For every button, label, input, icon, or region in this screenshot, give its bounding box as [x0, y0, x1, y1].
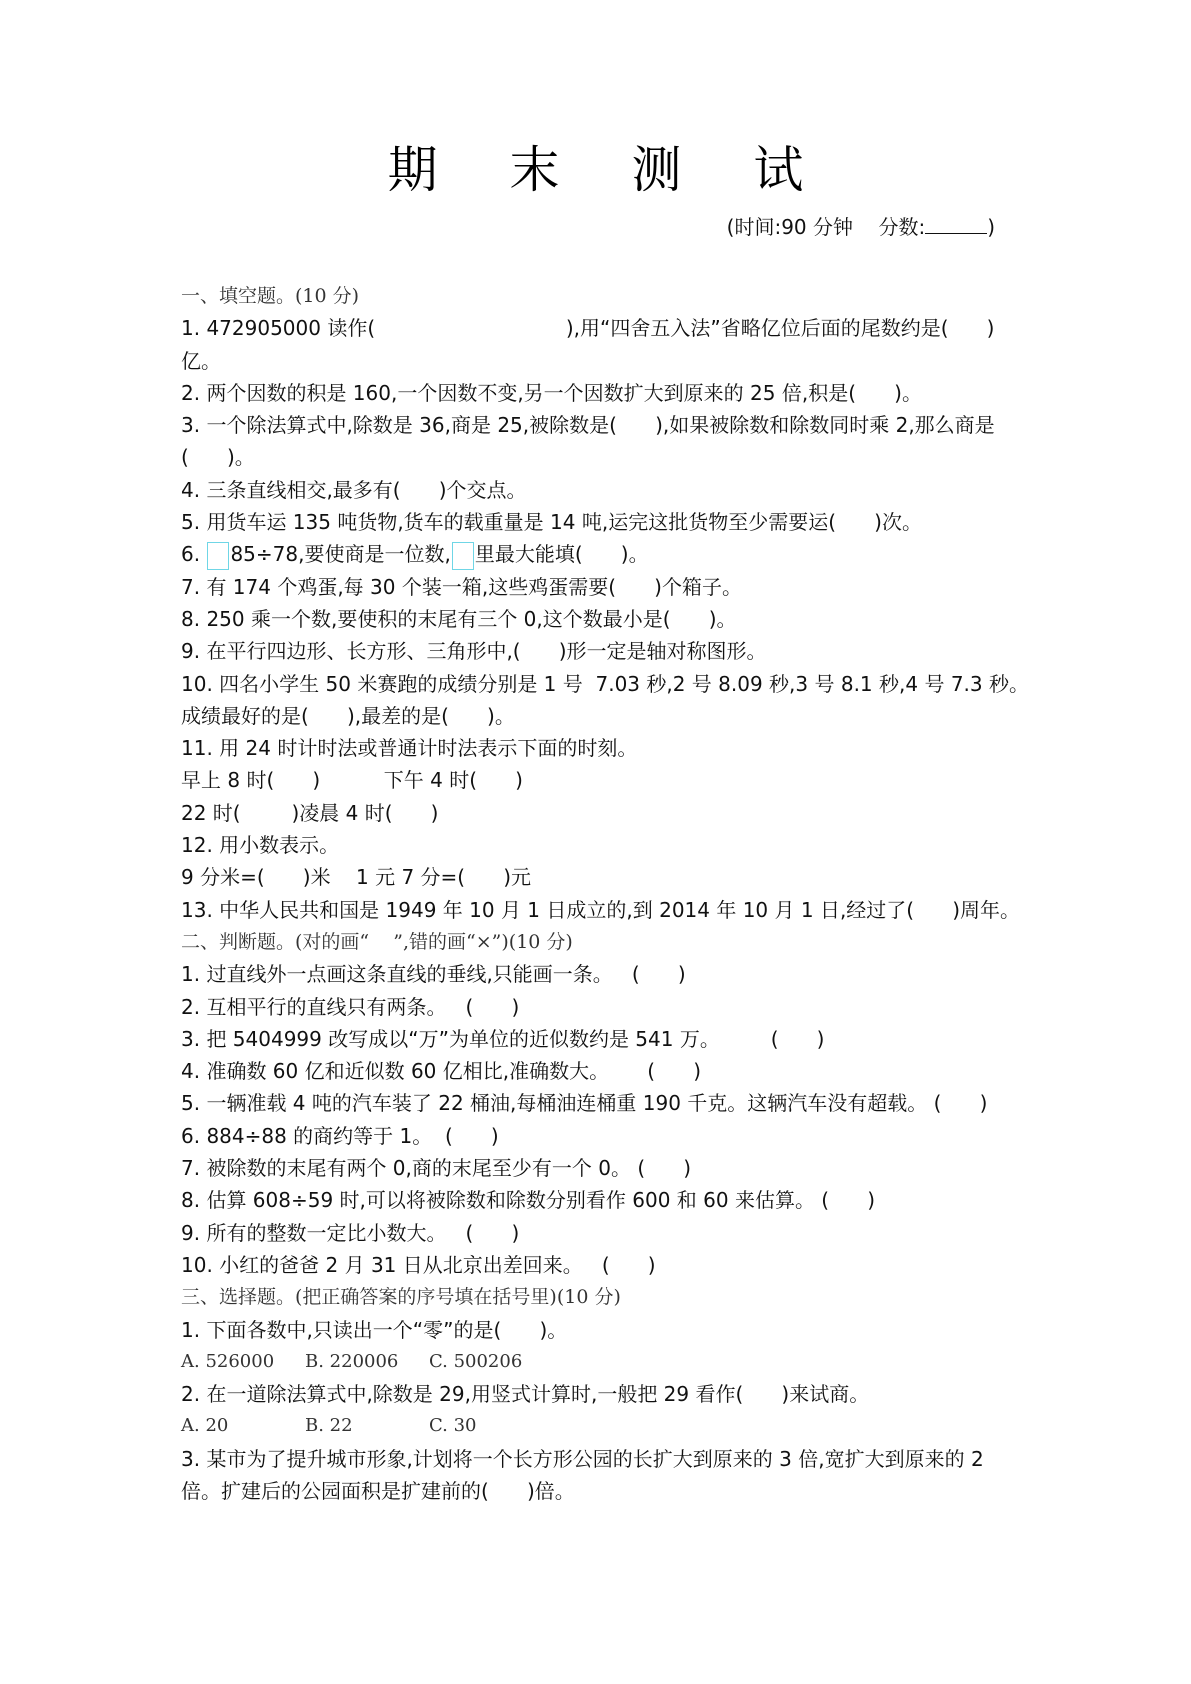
option-c: C. 30: [429, 1410, 553, 1442]
fill-question-13: 13. 中华人民共和国是 1949 年 10 月 1 日成立的,到 2014 年…: [181, 894, 1011, 926]
judge-question-4: 4. 准确数 60 亿和近似数 60 亿相比,准确数大。 ( ): [181, 1055, 1011, 1087]
choice-question-1-options: A. 526000B. 220006C. 500206: [181, 1346, 1011, 1378]
fill-question-3-cont: ( )。: [181, 441, 1011, 473]
option-a: A. 526000: [181, 1346, 305, 1378]
choice-question-3: 3. 某市为了提升城市形象,计划将一个长方形公园的长扩大到原来的 3 倍,宽扩大…: [181, 1443, 1011, 1475]
choice-question-2-options: A. 20B. 22C. 30: [181, 1410, 1011, 1442]
fill-question-2: 2. 两个因数的积是 160,一个因数不变,另一个因数扩大到原来的 25 倍,积…: [181, 377, 1011, 409]
option-a: A. 20: [181, 1410, 305, 1442]
fill-question-4: 4. 三条直线相交,最多有( )个交点。: [181, 474, 1011, 506]
q6-prefix: 6.: [181, 542, 206, 566]
judge-question-2: 2. 互相平行的直线只有两条。 ( ): [181, 991, 1011, 1023]
judge-question-6: 6. 884÷88 的商约等于 1。 ( ): [181, 1120, 1011, 1152]
judge-question-8: 8. 估算 608÷59 时,可以将被除数和除数分别看作 600 和 60 来估…: [181, 1184, 1011, 1216]
judge-question-10: 10. 小红的爸爸 2 月 31 日从北京出差回来。 ( ): [181, 1249, 1011, 1281]
fill-question-1-cont: 亿。: [181, 345, 1011, 377]
fill-question-11: 11. 用 24 时计时法或普通计时法表示下面的时刻。: [181, 732, 1011, 764]
exam-meta: (时间:90 分钟 分数:): [727, 214, 995, 240]
fill-question-5: 5. 用货车运 135 吨货物,货车的载重量是 14 吨,运完这批货物至少需要运…: [181, 506, 1011, 538]
time-and-score-label: (时间:90 分钟 分数:: [727, 215, 926, 239]
judge-question-7: 7. 被除数的末尾有两个 0,商的末尾至少有一个 0。 ( ): [181, 1152, 1011, 1184]
section-heading-choice: 三、选择题。(把正确答案的序号填在括号里)(10 分): [181, 1281, 1011, 1313]
fill-question-7: 7. 有 174 个鸡蛋,每 30 个装一箱,这些鸡蛋需要( )个箱子。: [181, 571, 1011, 603]
fill-question-6: 6. 85÷78,要使商是一位数,里最大能填( )。: [181, 538, 1011, 570]
fill-question-1: 1. 472905000 读作( ),用“四舍五入法”省略亿位后面的尾数约是( …: [181, 312, 1011, 344]
fill-question-10-cont: 成绩最好的是( ),最差的是( )。: [181, 700, 1011, 732]
fill-question-8: 8. 250 乘一个数,要使积的末尾有三个 0,这个数最小是( )。: [181, 603, 1011, 635]
page-title: 期 末 测 试: [0, 140, 1191, 200]
option-c: C. 500206: [429, 1346, 553, 1378]
digit-box-2[interactable]: [452, 542, 474, 570]
q6-suffix: 里最大能填( )。: [475, 542, 649, 566]
q6-middle: 85÷78,要使商是一位数,: [230, 542, 450, 566]
fill-question-3: 3. 一个除法算式中,除数是 36,商是 25,被除数是( ),如果被除数和除数…: [181, 409, 1011, 441]
fill-question-11-row-2: 22 时( )凌晨 4 时( ): [181, 797, 1011, 829]
section-heading-fill: 一、填空题。(10 分): [181, 280, 1011, 312]
fill-question-9: 9. 在平行四边形、长方形、三角形中,( )形一定是轴对称图形。: [181, 635, 1011, 667]
choice-question-3-cont: 倍。扩建后的公园面积是扩建前的( )倍。: [181, 1475, 1011, 1507]
score-blank[interactable]: [925, 215, 987, 234]
fill-question-12: 12. 用小数表示。: [181, 829, 1011, 861]
section-heading-judge: 二、判断题。(对的画“ ”,错的画“×”)(10 分): [181, 926, 1011, 958]
fill-question-10: 10. 四名小学生 50 米赛跑的成绩分别是 1 号 7.03 秒,2 号 8.…: [181, 668, 1011, 700]
option-b: B. 220006: [305, 1346, 429, 1378]
judge-question-1: 1. 过直线外一点画这条直线的垂线,只能画一条。 ( ): [181, 958, 1011, 990]
judge-question-5: 5. 一辆准载 4 吨的汽车装了 22 桶油,每桶油连桶重 190 千克。这辆汽…: [181, 1087, 1011, 1119]
fill-question-11-row-1: 早上 8 时( ) 下午 4 时( ): [181, 764, 1011, 796]
judge-question-3: 3. 把 5404999 改写成以“万”为单位的近似数约是 541 万。 ( ): [181, 1023, 1011, 1055]
option-b: B. 22: [305, 1410, 429, 1442]
meta-close-paren: ): [987, 215, 995, 239]
digit-box-1[interactable]: [207, 542, 229, 570]
exam-content: 一、填空题。(10 分) 1. 472905000 读作( ),用“四舍五入法”…: [181, 280, 1011, 1507]
choice-question-1: 1. 下面各数中,只读出一个“零”的是( )。: [181, 1314, 1011, 1346]
judge-question-9: 9. 所有的整数一定比小数大。 ( ): [181, 1217, 1011, 1249]
choice-question-2: 2. 在一道除法算式中,除数是 29,用竖式计算时,一般把 29 看作( )来试…: [181, 1378, 1011, 1410]
fill-question-12-row: 9 分米=( )米 1 元 7 分=( )元: [181, 861, 1011, 893]
